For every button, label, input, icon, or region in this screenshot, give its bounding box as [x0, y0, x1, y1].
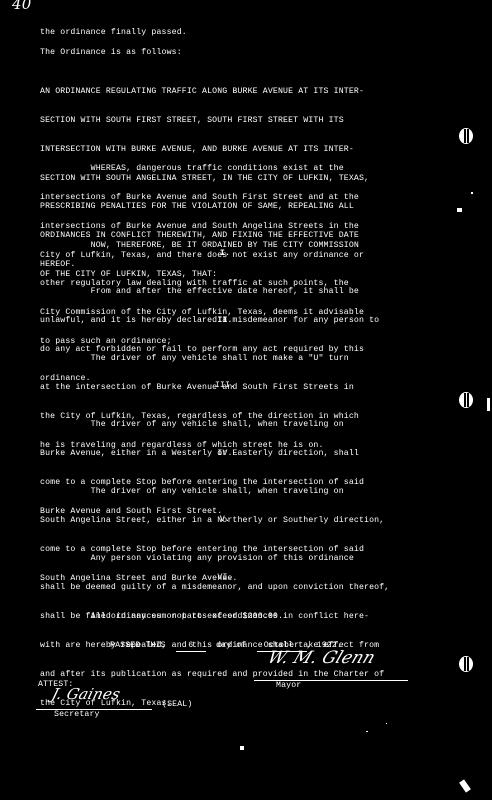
- section-line: From and after the effective date hereof…: [40, 287, 379, 297]
- scan-speck: [457, 208, 462, 212]
- secretary-signature: J. Gaines: [51, 690, 121, 700]
- title-line: SECTION WITH SOUTH FIRST STREET, SOUTH F…: [40, 116, 369, 126]
- scan-speck: [366, 731, 368, 732]
- binder-hole-icon: [459, 128, 473, 144]
- section-numeral-iv: IV.: [200, 449, 250, 459]
- section-numeral-v: V.: [200, 515, 250, 525]
- scanned-document-page: 40 the ordinance finally passed. The Ord…: [0, 0, 492, 800]
- section-line: and after its publication as required an…: [40, 670, 384, 680]
- whereas-line: WHEREAS, dangerous traffic conditions ex…: [40, 164, 364, 174]
- section-line: shall be deemed guilty of a misdemeanor,…: [40, 583, 389, 593]
- follows-line: The Ordinance is as follows:: [40, 48, 182, 58]
- binder-hole-icon: [459, 656, 473, 672]
- passed-day-of: day of: [216, 641, 246, 650]
- scan-speck: [459, 779, 471, 792]
- whereas-line: intersections of Burke Avenue and South …: [40, 193, 364, 203]
- edge-mark: [487, 398, 490, 411]
- passed-prefix: PASSED THIS: [110, 641, 166, 650]
- scan-speck: [240, 746, 244, 750]
- intro-line: the ordinance finally passed.: [40, 28, 187, 38]
- section-numeral-i: I.: [200, 249, 250, 259]
- passed-day: 6: [176, 641, 206, 652]
- secretary-title: Secretary: [54, 710, 100, 720]
- handwritten-page-mark: 40: [12, 0, 31, 10]
- title-line: AN ORDINANCE REGULATING TRAFFIC ALONG BU…: [40, 87, 369, 97]
- binder-hole-icon: [459, 392, 473, 408]
- section-numeral-ii: II.: [200, 316, 250, 326]
- section-line: All ordinances or parts of ordinances in…: [40, 612, 384, 622]
- section-line: The driver of any vehicle shall, when tr…: [40, 487, 384, 497]
- mayor-title: Mayor: [276, 681, 301, 691]
- section-numeral-vi: VI.: [200, 573, 250, 583]
- scan-speck: [386, 723, 387, 724]
- mayor-signature: W. M. Glenn: [266, 654, 376, 664]
- scan-speck: [471, 192, 473, 194]
- section-line: Any person violating any provision of th…: [40, 554, 389, 564]
- section-line: The driver of any vehicle shall, when tr…: [40, 420, 364, 430]
- seal-label: (SEAL): [162, 700, 192, 710]
- section-numeral-iii: III.: [200, 381, 250, 391]
- section-line: The driver of any vehicle shall not make…: [40, 354, 359, 364]
